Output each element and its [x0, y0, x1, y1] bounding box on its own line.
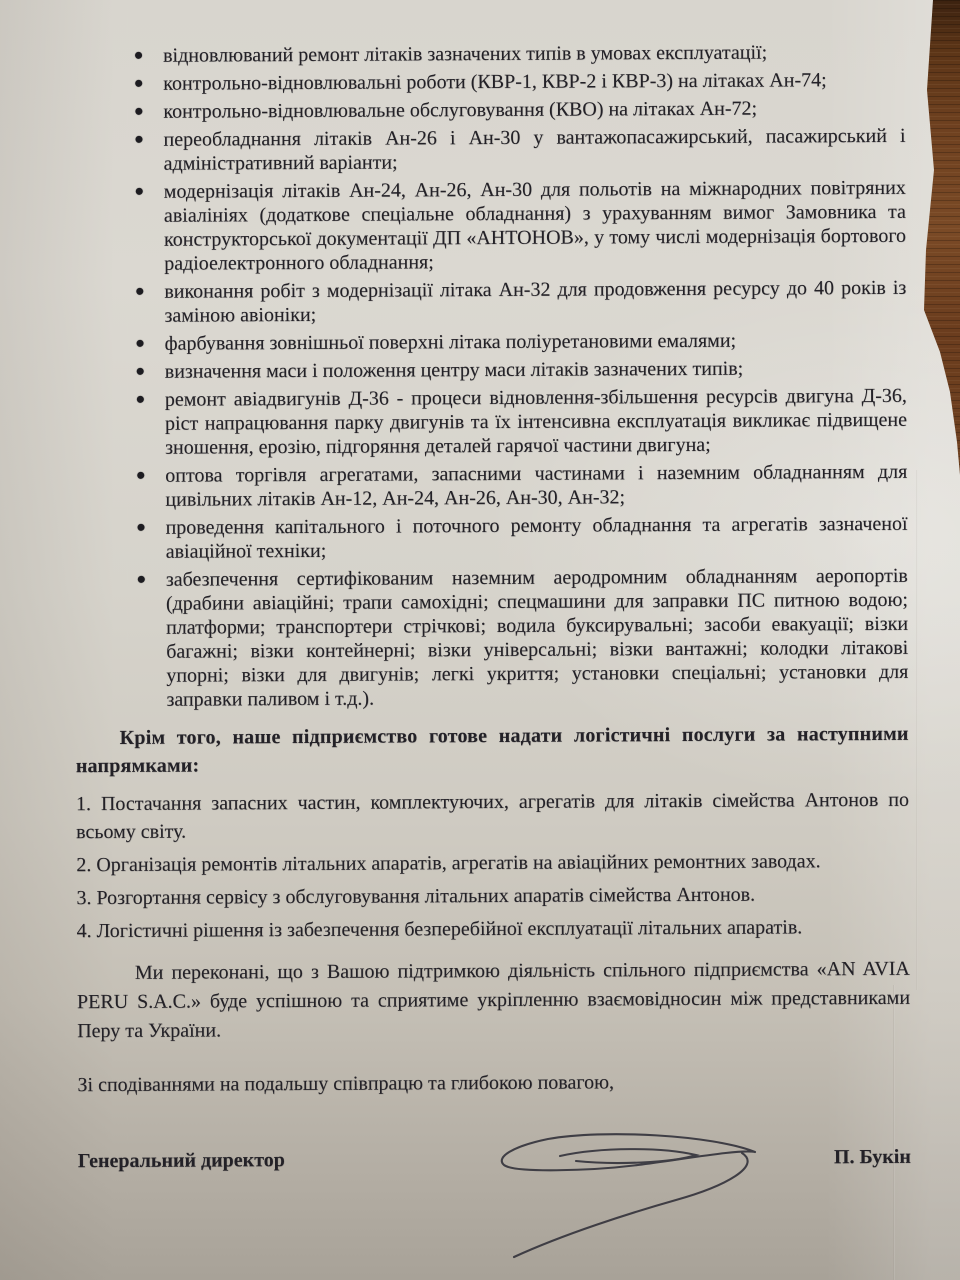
logistics-intro-paragraph: Крім того, наше підприємство готове нада…: [76, 720, 909, 780]
bullet-text: визначення маси і положення центру маси …: [165, 358, 744, 383]
bullet-item: модернізація літаків Ан-24, Ан-26, Ан-30…: [73, 176, 906, 276]
bullet-text: переобладнання літаків Ан-26 і Ан-30 у в…: [163, 125, 905, 175]
bullet-text: фарбування зовнішньої поверхні літака по…: [165, 330, 737, 355]
closing-paragraph: Ми переконані, що з Вашою підтримкою дія…: [77, 955, 910, 1046]
bullet-item: фарбування зовнішньої поверхні літака по…: [74, 328, 907, 356]
bullet-marker-icon: [138, 576, 145, 583]
logistics-numbered-list: 1. Постачання запасних частин, комплекту…: [76, 786, 910, 945]
bullet-item: контрольно-відновлювальні роботи (КВР-1,…: [72, 68, 905, 96]
bullet-text: контрольно-відновлювальне обслуговування…: [163, 98, 757, 123]
paper-crease: [916, 470, 918, 990]
signer-name: П. Букін: [834, 1146, 911, 1169]
bullet-text: виконання робіт з модернізації літака Ан…: [164, 277, 906, 327]
bullet-item: контрольно-відновлювальне обслуговування…: [72, 96, 905, 124]
bullet-marker-icon: [135, 136, 142, 143]
services-bullet-list: відновлюваний ремонт літаків зазначених …: [72, 40, 908, 712]
bullet-item: ремонт авіадвигунів Д-36 - процеси відно…: [74, 384, 907, 460]
bullet-text: забезпечення сертифікованим наземним аер…: [166, 565, 909, 711]
farewell-line: Зі сподіваннями на подальшу співпрацю та…: [77, 1068, 910, 1098]
bullet-text: модернізація літаків Ан-24, Ан-26, Ан-30…: [164, 177, 906, 275]
bullet-text: оптова торгівля агрегатами, запасними ча…: [165, 461, 907, 511]
bullet-marker-icon: [136, 188, 143, 195]
bullet-item: переобладнання літаків Ан-26 і Ан-30 у в…: [72, 124, 905, 176]
bullet-marker-icon: [136, 288, 143, 295]
bullet-text: ремонт авіадвигунів Д-36 - процеси відно…: [165, 385, 907, 459]
numbered-item: 2. Організація ремонтів літальних апарат…: [76, 847, 909, 879]
bullet-item: забезпечення сертифікованим наземним аер…: [75, 564, 909, 712]
bullet-text: проведення капітального і поточного ремо…: [165, 513, 907, 563]
bullet-marker-icon: [137, 368, 144, 375]
bullet-text: контрольно-відновлювальні роботи (КВР-1,…: [163, 69, 827, 94]
bullet-marker-icon: [137, 396, 144, 403]
bullet-text: відновлюваний ремонт літаків зазначених …: [163, 42, 767, 67]
bullet-item: проведення капітального і поточного ремо…: [74, 512, 907, 564]
bullet-marker-icon: [137, 472, 144, 479]
bullet-marker-icon: [138, 524, 145, 531]
paper-sheet: відновлюваний ремонт літаків зазначених …: [0, 0, 960, 1280]
signature-row: Генеральний директор П. Букін: [78, 1146, 911, 1173]
bullet-marker-icon: [135, 80, 142, 87]
bullet-item: виконання робіт з модернізації літака Ан…: [73, 276, 906, 328]
numbered-item: 1. Постачання запасних частин, комплекту…: [76, 786, 909, 846]
bullet-marker-icon: [137, 340, 144, 347]
bullet-marker-icon: [135, 52, 142, 59]
numbered-item: 4. Логістичні рішення із забезпечення бе…: [77, 913, 910, 945]
numbered-item: 3. Розгортання сервісу з обслуговування …: [76, 880, 909, 912]
signer-role: Генеральний директор: [78, 1149, 285, 1173]
bullet-marker-icon: [135, 108, 142, 115]
bullet-item: оптова торгівля агрегатами, запасними ча…: [74, 460, 907, 512]
bullet-item: відновлюваний ремонт літаків зазначених …: [72, 40, 905, 68]
letter-body: відновлюваний ремонт літаків зазначених …: [72, 40, 911, 1173]
bullet-item: визначення маси і положення центру маси …: [74, 356, 907, 384]
photographed-letter: { "scene": { "description": "Photograph …: [0, 0, 960, 1280]
